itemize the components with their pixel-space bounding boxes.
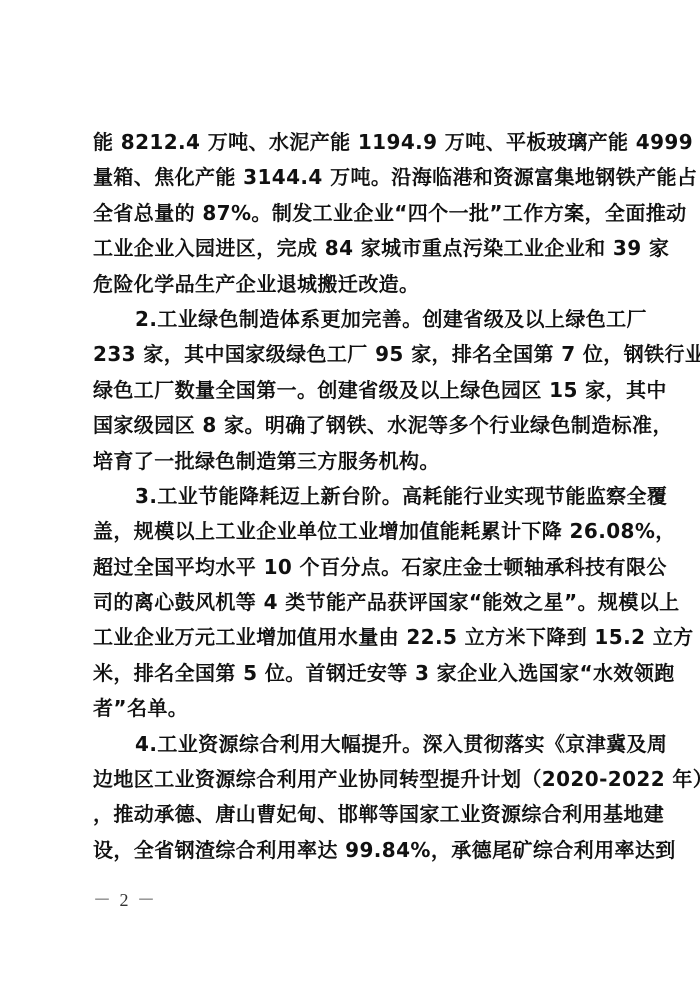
paragraph-green-manufacturing: 2.工业绿色制造体系更加完善。创建省级及以上绿色工厂 233 家，其中国家级绿色… — [93, 302, 615, 479]
paragraph-resource-utilization: 4.工业资源综合利用大幅提升。深入贯彻落实《京津冀及周 边地区工业资源综合利用产… — [93, 727, 615, 869]
section-heading: 2.工业绿色制造体系更加完善。 — [135, 307, 423, 331]
text-line: 盖，规模以上工业企业单位工业增加值能耗累计下降 26.08%， — [93, 514, 615, 549]
text-span: 深入贯彻落实《京津冀及周 — [423, 732, 668, 756]
text-line: 量箱、焦化产能 3144.4 万吨。沿海临港和资源富集地钢铁产能占 — [93, 160, 615, 195]
text-line: 设，全省钢渣综合利用率达 99.84%，承德尾矿综合利用率达到 — [93, 833, 615, 868]
text-line: 培育了一批绿色制造第三方服务机构。 — [93, 444, 615, 479]
text-line: 绿色工厂数量全国第一。创建省级及以上绿色园区 15 家，其中 — [93, 373, 615, 408]
text-line: 米，排名全国第 5 位。首钢迁安等 3 家企业入选国家“水效领跑 — [93, 656, 615, 691]
section-heading: 3.工业节能降耗迈上新台阶。 — [135, 484, 402, 508]
paragraph-energy-saving: 3.工业节能降耗迈上新台阶。高耗能行业实现节能监察全覆 盖，规模以上工业企业单位… — [93, 479, 615, 727]
text-line: 4.工业资源综合利用大幅提升。深入贯彻落实《京津冀及周 — [93, 727, 615, 762]
text-line: 危险化学品生产企业退城搬迁改造。 — [93, 267, 615, 302]
text-line: 3.工业节能降耗迈上新台阶。高耗能行业实现节能监察全覆 — [93, 479, 615, 514]
text-line: 国家级园区 8 家。明确了钢铁、水泥等多个行业绿色制造标准， — [93, 408, 615, 443]
text-line: 全省总量的 87%。制发工业企业“四个一批”工作方案，全面推动 — [93, 196, 615, 231]
document-page-body: 能 8212.4 万吨、水泥产能 1194.9 万吨、平板玻璃产能 4999 万… — [93, 125, 615, 868]
text-line: ，推动承德、唐山曹妃甸、邯郸等国家工业资源综合利用基地建 — [93, 797, 615, 832]
text-line: 工业企业万元工业增加值用水量由 22.5 立方米下降到 15.2 立方 — [93, 620, 615, 655]
text-span: 高耗能行业实现节能监察全覆 — [402, 484, 667, 508]
section-heading: 4.工业资源综合利用大幅提升。 — [135, 732, 423, 756]
paragraph-capacity: 能 8212.4 万吨、水泥产能 1194.9 万吨、平板玻璃产能 4999 万… — [93, 125, 615, 302]
text-span: 创建省级及以上绿色工厂 — [423, 307, 647, 331]
text-line: 司的离心鼓风机等 4 类节能产品获评国家“能效之星”。规模以上 — [93, 585, 615, 620]
text-line: 2.工业绿色制造体系更加完善。创建省级及以上绿色工厂 — [93, 302, 615, 337]
page-number: － 2 － — [93, 886, 157, 912]
text-line: 233 家，其中国家级绿色工厂 95 家，排名全国第 7 位，钢铁行业 — [93, 337, 615, 372]
text-line: 边地区工业资源综合利用产业协同转型提升计划（2020-2022 年）》 — [93, 762, 615, 797]
text-line: 工业企业入园进区，完成 84 家城市重点污染工业企业和 39 家 — [93, 231, 615, 266]
text-line: 超过全国平均水平 10 个百分点。石家庄金士顿轴承科技有限公 — [93, 550, 615, 585]
text-line: 者”名单。 — [93, 691, 615, 726]
text-line: 能 8212.4 万吨、水泥产能 1194.9 万吨、平板玻璃产能 4999 万… — [93, 125, 615, 160]
